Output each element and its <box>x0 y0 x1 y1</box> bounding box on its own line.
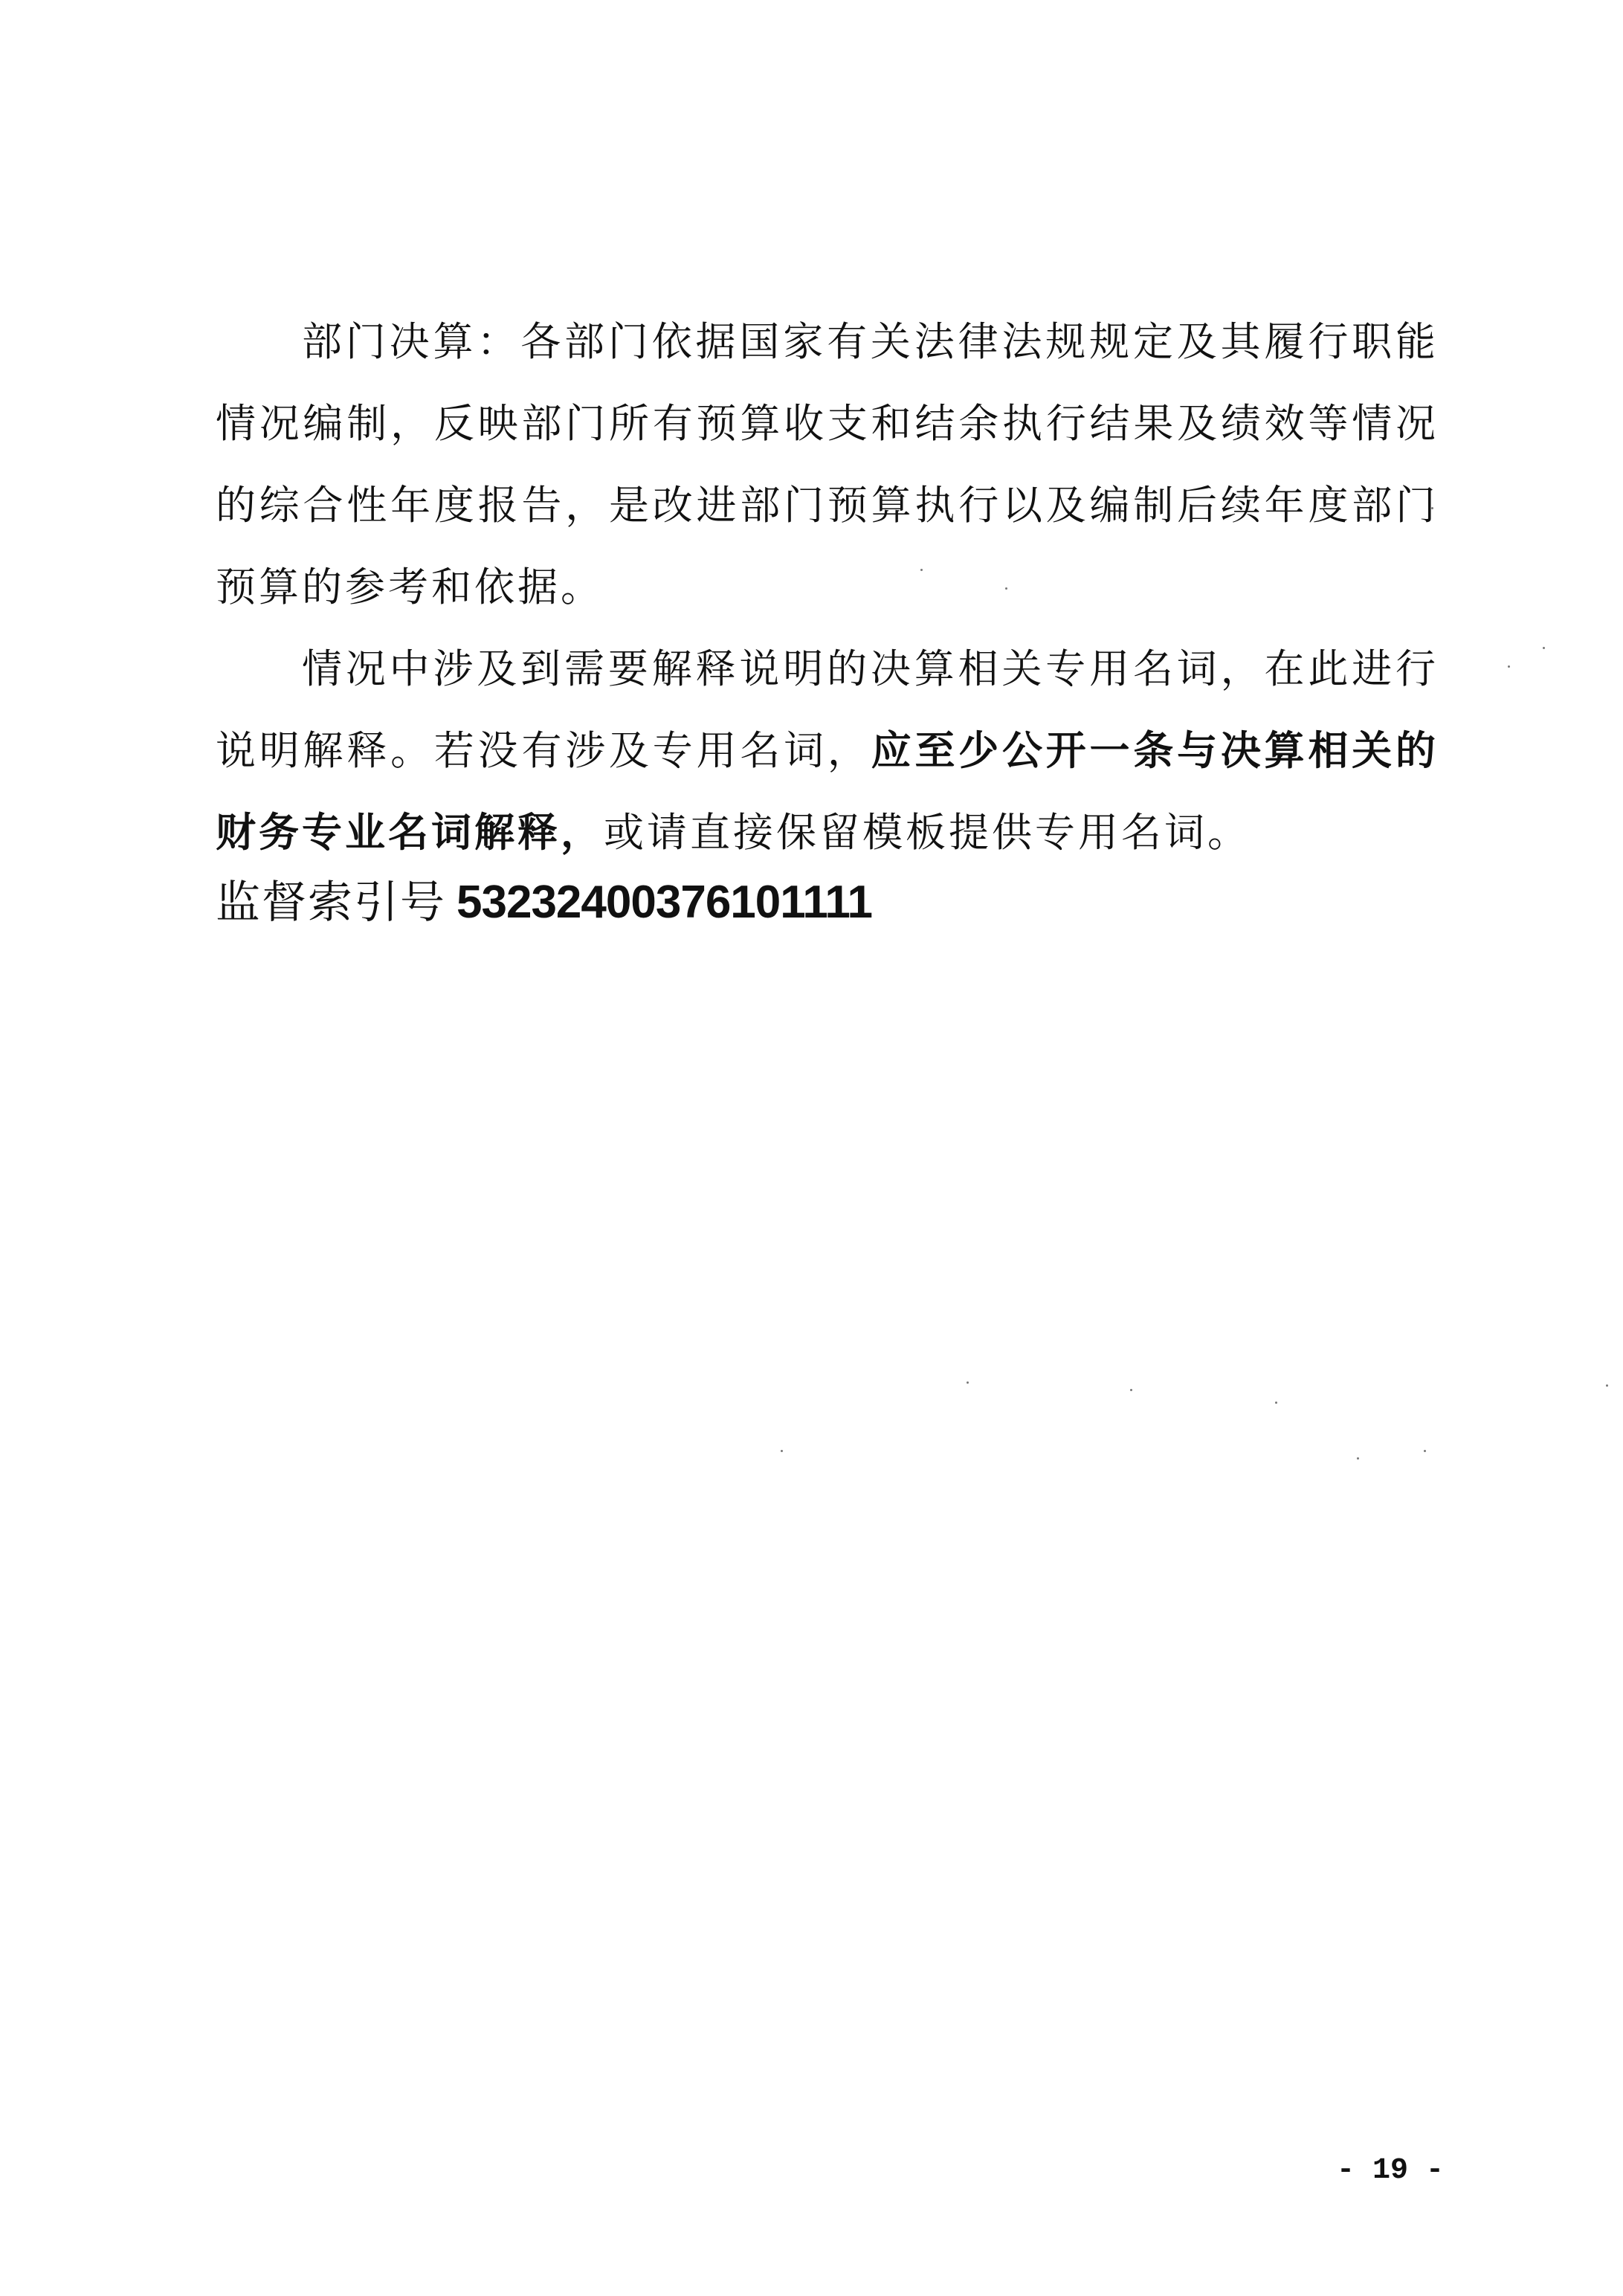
paragraph-text: 或请直接保留模板提供专用名词。 <box>604 809 1251 856</box>
scan-speck <box>1508 665 1510 668</box>
supervision-index-label: 监督索引号 <box>216 877 446 929</box>
scan-speck <box>1275 1402 1277 1404</box>
paragraph-terms-explanation: 情况中涉及到需要解释说明的决算相关专用名词，在此进行说明解释。若没有涉及专用名词… <box>216 628 1439 874</box>
supervision-index-number: 53232400376101111 <box>456 877 872 928</box>
scan-speck <box>920 569 923 571</box>
scan-speck <box>1543 647 1545 649</box>
page-number: - 19 - <box>1337 2152 1444 2190</box>
scan-speck <box>1606 1384 1608 1387</box>
scan-speck <box>1130 1389 1132 1391</box>
scan-speck <box>1357 1457 1359 1460</box>
scan-speck <box>1005 587 1007 590</box>
document-body: 部门决算：各部门依据国家有关法律法规规定及其履行职能情况编制，反映部门所有预算收… <box>216 301 1439 936</box>
scan-speck <box>1431 507 1433 509</box>
scan-speck <box>781 1450 783 1452</box>
document-page: 部门决算：各部门依据国家有关法律法规规定及其履行职能情况编制，反映部门所有预算收… <box>0 0 1623 2296</box>
paragraph-department-final-accounts: 部门决算：各部门依据国家有关法律法规规定及其履行职能情况编制，反映部门所有预算收… <box>216 301 1439 628</box>
paragraph-text: 部门决算：各部门依据国家有关法律法规规定及其履行职能情况编制，反映部门所有预算收… <box>216 318 1439 610</box>
scan-speck <box>1424 1450 1426 1452</box>
supervision-index: 监督索引号53232400376101111 <box>216 869 1439 936</box>
scan-speck <box>967 1381 969 1384</box>
